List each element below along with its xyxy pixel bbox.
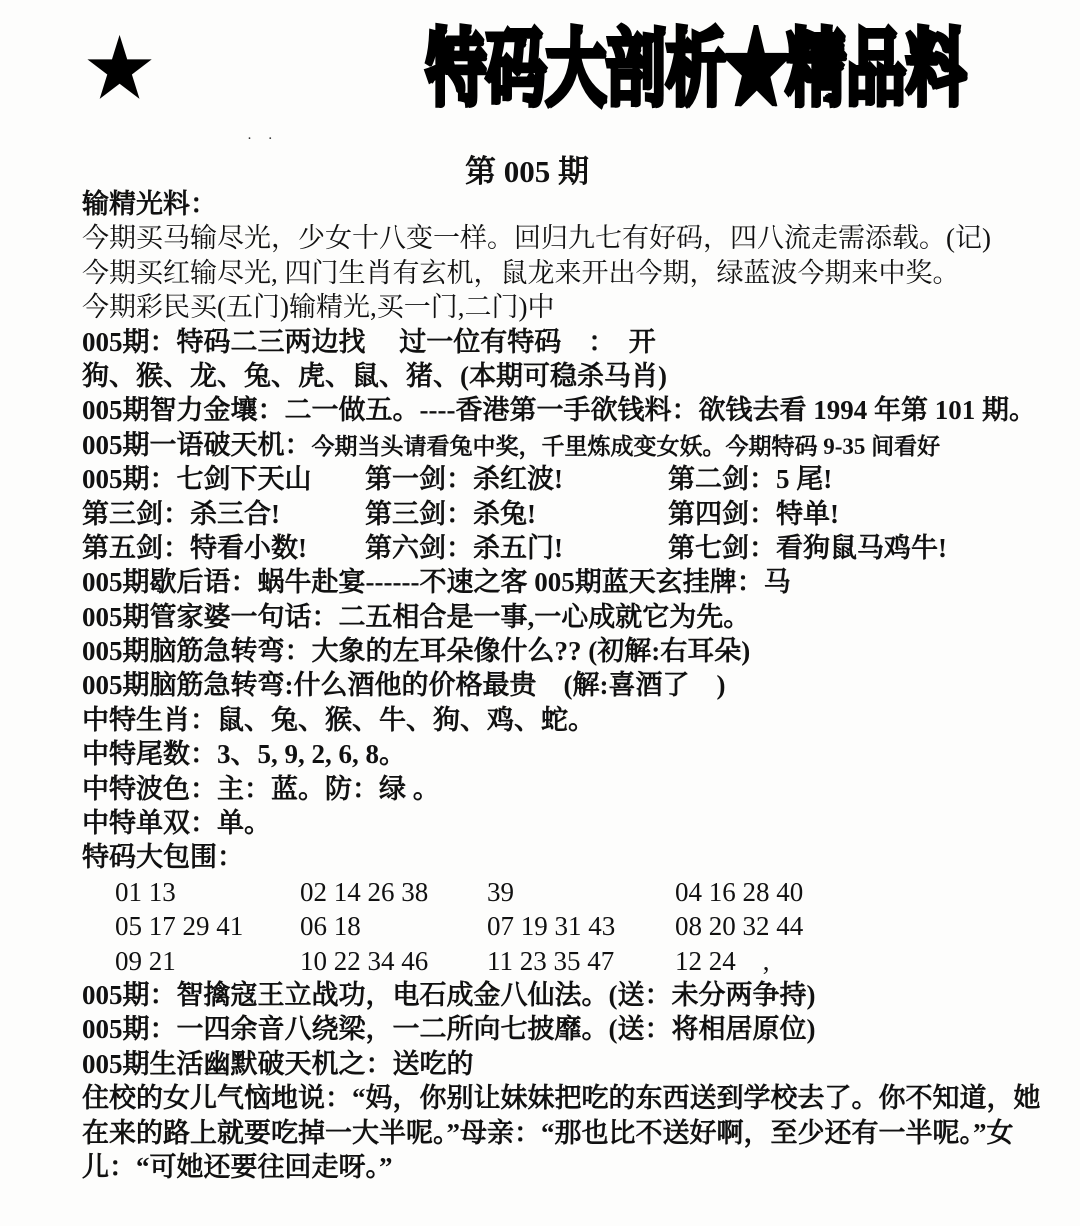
humor-story-line: 儿：“可她还要往回走呀。” xyxy=(82,1150,1050,1184)
sword-cell: 005期：七剑下天山 xyxy=(82,462,365,496)
line-zhongte-zodiac: 中特生肖：鼠、兔、猴、牛、狗、鸡、蛇。 xyxy=(82,703,1050,737)
tip-kill-zodiac: 狗、猴、龙、兔、虎、鼠、猪、(本期可稳杀马肖) xyxy=(82,359,1050,393)
seven-swords-row: 005期：七剑下天山 第一剑：杀红波! 第二剑：5 尾! xyxy=(82,462,1050,496)
tip-yiyu-label: 005期一语破天机： xyxy=(82,430,312,460)
sword-cell: 第一剑：杀红波! xyxy=(365,462,668,496)
number-group: 10 22 34 46 xyxy=(300,944,487,978)
line-zhongte-tails: 中特尾数：3、5, 9, 2, 6, 8。 xyxy=(82,737,1050,771)
number-group: 11 23 35 47 xyxy=(487,944,675,978)
number-group: 39 xyxy=(487,875,675,909)
tip-yiyu-text: 今期当头请看兔中奖，千里炼成变女妖。今期特码 9-35 间看好 xyxy=(312,434,941,459)
sheet-body: 输精光料： 今期买马输尽光，少女十八变一样。回归九七有好码，四八流走需添载。(记… xyxy=(82,187,1050,1184)
number-group: 04 16 28 40 xyxy=(675,875,1050,909)
lottery-tip-sheet: ★ 特码大剖析★精品料 · · 第 005 期 输精光料： 今期买马输尽光，少女… xyxy=(0,0,1080,1226)
baowei-label: 特码大包围： xyxy=(82,840,1050,874)
humor-label: 005期生活幽默破天机之：送吃的 xyxy=(82,1047,1050,1081)
line-brainteaser-2: 005期脑筋急转弯:什么酒他的价格最贵 (解:喜酒了 ) xyxy=(82,668,1050,702)
sword-cell: 第七剑：看狗鼠马鸡牛! xyxy=(668,531,1050,565)
page-title: 特码大剖析★精品料 xyxy=(426,28,966,111)
tip-zhili-jinrang: 005期智力金壤：二一做五。----香港第一手欲钱料：欲钱去看 1994 年第 … xyxy=(82,393,1050,427)
humor-story-line: 在来的路上就要吃掉一大半呢。”母亲：“那也比不送好啊，至少还有一半呢。”女 xyxy=(82,1116,1050,1150)
number-grid-row: 09 21 10 22 34 46 11 23 35 47 12 24 , xyxy=(82,944,1050,978)
line-zhongte-oddeven: 中特单双：单。 xyxy=(82,806,1050,840)
line-zhiqin: 005期：智擒寇王立战功，电石成金八仙法。(送：未分两争持) xyxy=(82,978,1050,1012)
line-zhongte-color: 中特波色：主：蓝。防：绿 。 xyxy=(82,772,1050,806)
line-xiehouyu: 005期歇后语：蜗牛赴宴------不速之客 005期蓝天玄挂牌：马 xyxy=(82,565,1050,599)
tip-two-sides: 005期：特码二三两边找 过一位有特码 ： 开 xyxy=(82,325,1050,359)
seven-swords-row: 第五剑：特看小数! 第六剑：杀五门! 第七剑：看狗鼠马鸡牛! xyxy=(82,531,1050,565)
number-group: 02 14 26 38 xyxy=(300,875,487,909)
seven-swords-row: 第三剑：杀三合! 第三剑：杀兔! 第四剑：特单! xyxy=(82,497,1050,531)
star-icon: ★ xyxy=(82,26,157,114)
number-group: 05 17 29 41 xyxy=(115,909,300,943)
number-group: 01 13 xyxy=(115,875,300,909)
number-grid-row: 01 13 02 14 26 38 39 04 16 28 40 xyxy=(82,875,1050,909)
line-brainteaser-1: 005期脑筋急转弯：大象的左耳朵像什么?? (初解:右耳朵) xyxy=(82,634,1050,668)
humor-story-line: 住校的女儿气恼地说：“妈，你别让妹妹把吃的东西送到学校去了。你不知道，她 xyxy=(82,1081,1050,1115)
intro-label: 输精光料： xyxy=(82,187,1050,221)
intro-line-red: 今期买红输尽光, 四门生肖有玄机，鼠龙来开出今期，绿蓝波今期来中奖。 xyxy=(82,256,1050,290)
number-grid-row: 05 17 29 41 06 18 07 19 31 43 08 20 32 4… xyxy=(82,909,1050,943)
tip-yiyu-potianji: 005期一语破天机：今期当头请看兔中奖，千里炼成变女妖。今期特码 9-35 间看… xyxy=(82,428,1050,462)
line-guanjiapo: 005期管家婆一句话：二五相合是一事,一心成就它为先。 xyxy=(82,600,1050,634)
number-group: 06 18 xyxy=(300,909,487,943)
number-group: 09 21 xyxy=(115,944,300,978)
intro-line-caimin: 今期彩民买(五门)输精光,买一门,二门)中 xyxy=(82,290,1050,324)
number-group: 08 20 32 44 xyxy=(675,909,1050,943)
sword-cell: 第五剑：特看小数! xyxy=(82,531,365,565)
number-group: 12 24 , xyxy=(675,944,1050,978)
sword-cell: 第三剑：杀三合! xyxy=(82,497,365,531)
sword-cell: 第六剑：杀五门! xyxy=(365,531,668,565)
sword-cell: 第三剑：杀兔! xyxy=(365,497,668,531)
issue-number-heading: 第 005 期 xyxy=(0,146,1067,191)
sword-cell: 第四剑：特单! xyxy=(668,497,1050,531)
number-group: 07 19 31 43 xyxy=(487,909,675,943)
sword-cell: 第二剑：5 尾! xyxy=(668,462,1050,496)
intro-line-horse: 今期买马输尽光，少女十八变一样。回归九七有好码，四八流走需添载。(记) xyxy=(82,221,1050,255)
line-yisi: 005期：一四余音八绕梁，一二所向七披靡。(送：将相居原位) xyxy=(82,1012,1050,1046)
